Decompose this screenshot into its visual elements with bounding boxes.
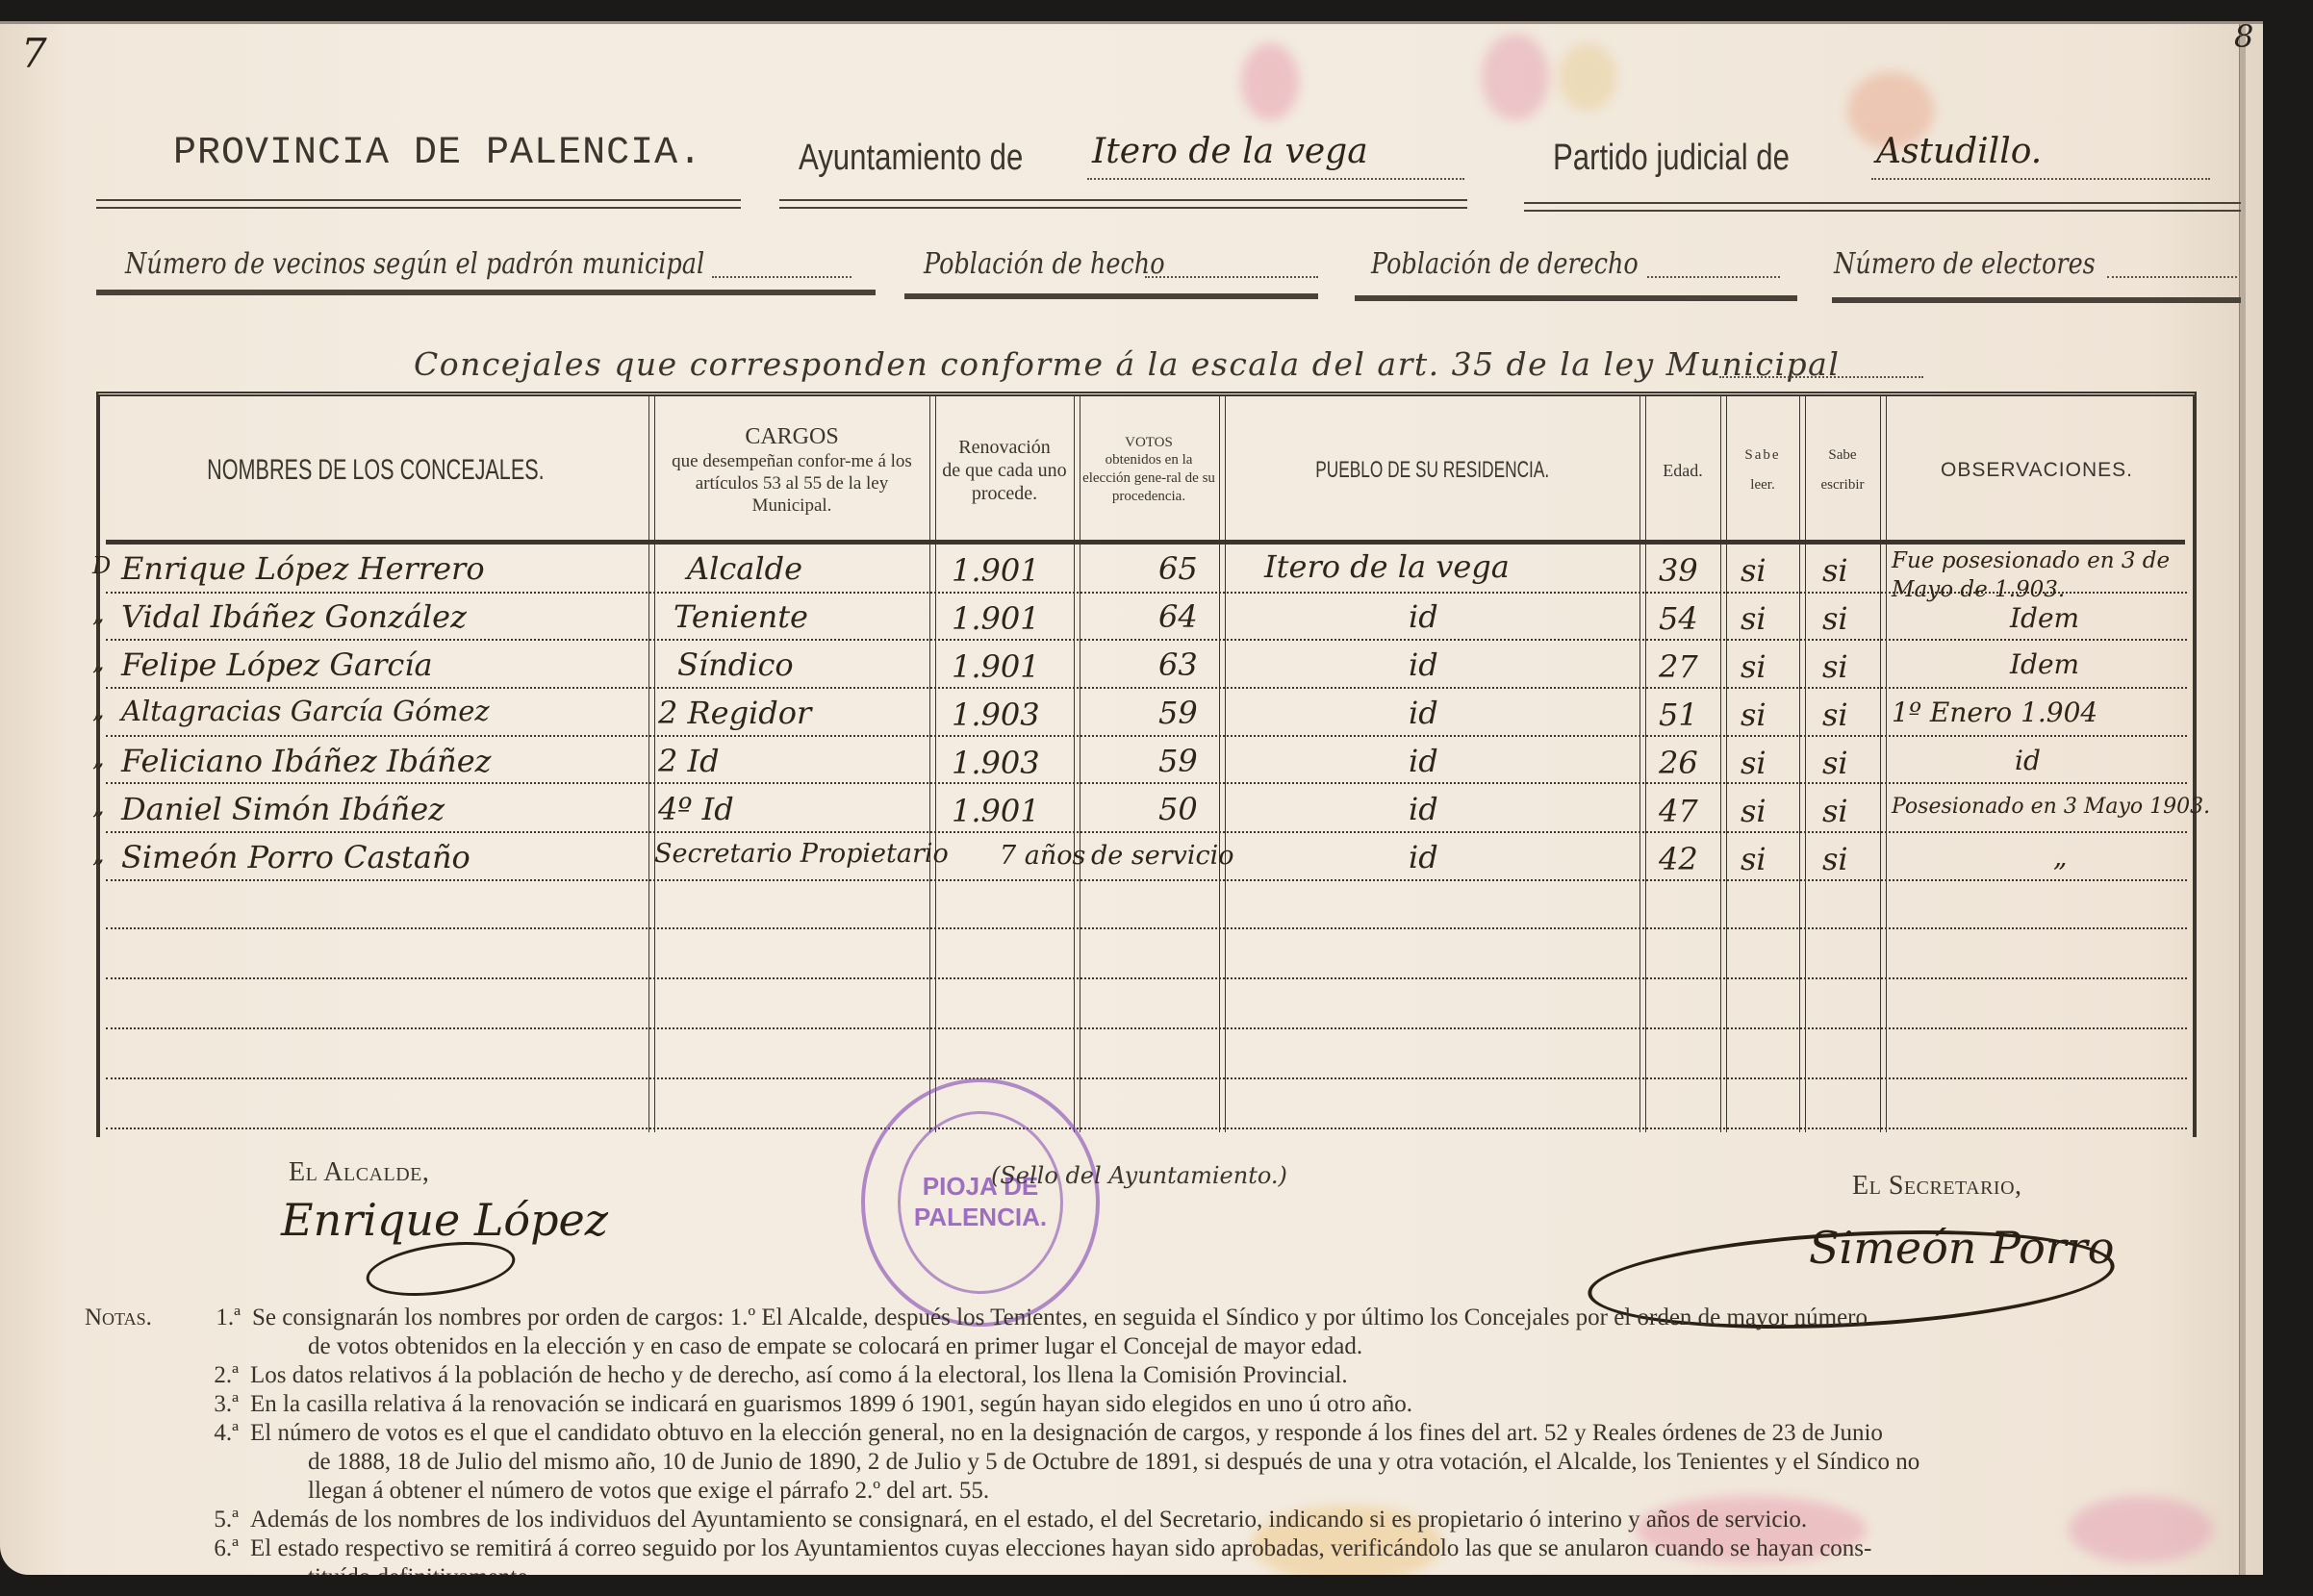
header-title: VOTOS [1125,435,1173,451]
cell-nombre[interactable]: Daniel Simón Ibáñez [121,791,445,827]
cell-cargo[interactable]: Síndico [677,646,794,683]
note-text: En la casilla relativa á la renovación s… [250,1390,2259,1419]
col-header-sabe-leer: Sabe leer. [1728,408,1797,533]
cell-observaciones[interactable]: Idem [2010,602,2079,634]
cell-votos[interactable]: 59 [1158,695,1198,731]
col-header-votos: VOTOS obtenidos en la elección gene-ral … [1081,408,1216,533]
cell-prefix: „ [92,745,104,772]
page-number-right: 8 [2234,21,2253,55]
ayuntamiento-fill-line [1087,178,1464,180]
cell-votos[interactable]: 59 [1158,743,1198,779]
note-text: Además de los nombres de los individuos … [250,1506,2259,1534]
column-divider [1074,396,1080,1132]
cell-cargo[interactable]: Teniente [674,598,808,635]
cell-votos[interactable]: de servicio [1091,841,1234,871]
cell-votos[interactable]: 50 [1158,791,1198,827]
cell-renovacion[interactable]: 1.903 [952,697,1040,733]
cell-edad[interactable]: 51 [1659,697,1698,733]
row-rule [106,927,2187,929]
note-continuation: de votos obtenidos en la elección y en c… [85,1332,2259,1361]
cell-edad[interactable]: 39 [1659,552,1698,589]
row-rule [106,1127,2187,1129]
col-header-cargos: CARGOS que desempeñan confor-me á los ar… [656,408,928,533]
cell-nombre[interactable]: Felipe López García [121,646,433,683]
alcalde-signature: Enrique López [281,1194,608,1246]
header-subtitle: de que cada uno procede. [937,459,1072,505]
column-divider [1639,396,1646,1132]
document-page: 7 8 PROVINCIA DE PALENCIA. Ayuntamiento … [0,21,2263,1575]
cell-edad[interactable]: 42 [1659,841,1698,877]
stain [1482,34,1549,120]
cell-pueblo[interactable]: id [1409,743,1438,779]
row-rule [106,639,2187,641]
cell-votos[interactable]: 64 [1158,598,1198,635]
partido-label: Partido judicial de [1553,138,1790,179]
alcalde-label: El Alcalde, [289,1157,429,1188]
cell-cargo[interactable]: Alcalde [687,550,802,587]
header-subtitle: obtenidos en la elección gene-ral de su … [1081,451,1216,506]
cell-sabe-leer[interactable]: si [1741,648,1767,685]
header-subtitle: que desempeñan confor-me á los artículos… [656,450,928,517]
row-rule [106,735,2187,737]
header-title: Renovación [958,437,1051,459]
electores-field[interactable] [2107,276,2237,278]
census-rule [904,293,1318,299]
column-divider [1880,396,1887,1132]
census-rule [96,290,876,295]
column-divider [1219,396,1226,1132]
cell-sabe-escribir[interactable]: si [1822,841,1848,877]
cell-sabe-leer[interactable]: si [1741,745,1767,781]
concejales-fill-line[interactable] [1719,376,1923,378]
ayuntamiento-label: Ayuntamiento de [799,138,1023,179]
poblacion-hecho-field[interactable] [1145,276,1318,278]
note-continuation: llegan á obtener el número de votos que … [85,1477,2259,1506]
row-rule [106,1027,2187,1029]
ayuntamiento-value[interactable]: Itero de la vega [1092,132,1368,171]
cell-sabe-escribir[interactable]: si [1822,697,1848,733]
cell-renovacion[interactable]: 1.901 [952,600,1040,637]
cell-cargo[interactable]: 4º Id [658,791,734,827]
note-number: 2.ª [171,1361,250,1390]
cell-sabe-leer[interactable]: si [1741,841,1767,877]
column-divider [1720,396,1727,1132]
cell-renovacion[interactable]: 1.901 [952,648,1040,685]
note-continuation: de 1888, 18 de Julio del mismo año, 10 d… [85,1448,2259,1477]
column-divider [648,396,655,1132]
poblacion-hecho-label: Población de hecho [924,247,1165,281]
header-rule [1524,202,2241,212]
cell-edad[interactable]: 26 [1659,745,1698,781]
cell-sabe-leer[interactable]: si [1741,697,1767,733]
col-header-sabe-escribir: Sabe escribir [1807,408,1878,533]
note-number: 1.ª [171,1304,252,1332]
cell-sabe-leer[interactable]: si [1741,552,1767,589]
cell-pueblo[interactable]: id [1409,646,1438,683]
note-item: 5.ª Además de los nombres de los individ… [85,1506,2259,1534]
notes-section: Notas. 1.ª Se consignarán los nombres po… [85,1304,2259,1575]
note-number: 3.ª [171,1390,250,1419]
vecinos-field[interactable] [712,276,851,278]
header-title: Sabe [1828,447,1856,464]
cell-renovacion[interactable]: 7 años [1000,841,1085,871]
header-title: CARGOS [745,424,838,450]
stain [1559,43,1616,111]
cell-prefix: „ [92,600,104,627]
cell-renovacion[interactable]: 1.903 [952,745,1040,781]
partido-value[interactable]: Astudillo. [1876,132,2042,171]
cell-pueblo[interactable]: id [1409,839,1438,875]
province-title: PROVINCIA DE PALENCIA. [173,132,702,175]
vecinos-label: Número de vecinos según el padrón munici… [125,247,704,281]
notes-lead: Notas. [85,1304,171,1332]
cell-observaciones[interactable]: 1º Enero 1.904 [1892,697,2097,728]
cell-observaciones[interactable]: Fue posesionado en 3 de Mayo de 1.903. [1892,546,2180,604]
cell-edad[interactable]: 54 [1659,600,1698,637]
cell-votos[interactable]: 65 [1158,550,1198,587]
cell-prefix: „ [92,841,104,868]
cell-edad[interactable]: 47 [1659,793,1698,829]
row-rule [106,592,2187,594]
concejales-table: NOMBRES DE LOS CONCEJALES. CARGOS que de… [96,392,2197,1137]
cell-pueblo[interactable]: id [1409,695,1438,731]
header-title: Edad. [1663,461,1702,481]
cell-votos[interactable]: 63 [1158,646,1198,683]
cell-cargo[interactable]: Secretario Propietario [654,839,949,869]
col-header-nombres: NOMBRES DE LOS CONCEJALES. [106,408,645,533]
note-number: 5.ª [171,1506,250,1534]
cell-pueblo[interactable]: id [1409,598,1438,635]
row-rule [106,687,2187,689]
col-header-renovacion: Renovación de que cada uno procede. [937,408,1072,533]
census-rule [1832,297,2241,303]
secretario-label: El Secretario, [1852,1171,2022,1202]
col-header-pueblo: PUEBLO DE SU RESIDENCIA. [1227,408,1638,533]
note-item: 4.ª El número de votos es el que el cand… [85,1419,2259,1448]
cell-renovacion[interactable]: 1.901 [952,793,1040,829]
row-rule [106,879,2187,881]
header-title: Sabe [1744,447,1780,464]
note-text: Se consignarán los nombres por orden de … [252,1304,2259,1332]
cell-observaciones[interactable]: Posesionado en 3 Mayo 1903. [1892,795,2210,819]
header-rule [779,199,1467,209]
page-number-left: 7 [21,30,47,77]
partido-fill-line [1871,178,2210,180]
note-number: 6.ª [171,1534,250,1563]
cell-sabe-leer[interactable]: si [1741,793,1767,829]
poblacion-derecho-label: Población de derecho [1371,247,1639,281]
cell-cargo[interactable]: 2 Id [658,743,720,779]
col-header-edad: Edad. [1647,408,1718,533]
cell-sabe-escribir[interactable]: si [1822,793,1848,829]
stain [1241,43,1299,120]
col-header-observaciones: OBSERVACIONES. [1888,408,2186,533]
header-separator [106,540,2185,545]
cell-edad[interactable]: 27 [1659,648,1698,685]
cell-sabe-escribir[interactable]: si [1822,745,1848,781]
cell-observaciones[interactable]: „ [2053,841,2068,873]
cell-prefix: „ [92,648,104,675]
column-divider [929,396,936,1132]
electores-label: Número de electores [1834,247,2096,281]
row-rule [106,831,2187,833]
cell-cargo[interactable]: 2 Regidor [658,695,811,731]
note-number: 4.ª [171,1419,250,1448]
concejales-heading: Concejales que corresponden conforme á l… [414,345,1840,383]
header-rule [96,199,741,209]
cell-observaciones[interactable]: id [2015,745,2041,776]
cell-nombre[interactable]: Simeón Porro Castaño [121,839,470,875]
note-item: Notas. 1.ª Se consignarán los nombres po… [85,1304,2259,1332]
cell-nombre[interactable]: Vidal Ibáñez González [121,598,467,635]
census-rule [1355,295,1797,301]
cell-sabe-leer[interactable]: si [1741,600,1767,637]
note-text: El estado respectivo se remitirá á corre… [250,1534,2259,1563]
note-item: 3.ª En la casilla relativa á la renovaci… [85,1390,2259,1419]
cell-sabe-escribir[interactable]: si [1822,600,1848,637]
row-rule [106,977,2187,979]
ayuntamiento-seal: PIOJA DE PALENCIA. [861,1078,1100,1327]
note-item: 6.ª El estado respectivo se remitirá á c… [85,1534,2259,1563]
note-continuation: tituído definitivamente. [85,1563,2259,1575]
cell-pueblo[interactable]: Itero de la vega [1264,548,1510,585]
cell-nombre[interactable]: Altagracias García Gómez [121,695,490,727]
cell-prefix: „ [92,793,104,820]
header-title: NOMBRES DE LOS CONCEJALES. [207,454,544,487]
cell-prefix: D [92,552,111,579]
cell-prefix: „ [92,697,104,723]
cell-pueblo[interactable]: id [1409,791,1438,827]
row-rule [106,1077,2187,1079]
header-title: PUEBLO DE SU RESIDENCIA. [1315,457,1549,484]
cell-observaciones[interactable]: Idem [2010,648,2079,680]
header-subtitle: escribir [1821,477,1865,494]
seal-caption: (Sello del Ayuntamiento.) [991,1162,1287,1189]
cell-nombre[interactable]: Enrique López Herrero [121,550,485,587]
cell-sabe-escribir[interactable]: si [1822,648,1848,685]
row-rule [106,782,2187,784]
note-text: El número de votos es el que el candidat… [250,1419,2259,1448]
note-text: Los datos relativos á la población de he… [250,1361,2259,1390]
poblacion-derecho-field[interactable] [1647,276,1780,278]
cell-renovacion[interactable]: 1.901 [952,552,1040,589]
header-subtitle: leer. [1750,477,1774,494]
cell-sabe-escribir[interactable]: si [1822,552,1848,589]
cell-nombre[interactable]: Feliciano Ibáñez Ibáñez [121,743,492,779]
header-title: OBSERVACIONES. [1941,459,2133,482]
note-item: 2.ª Los datos relativos á la población d… [85,1361,2259,1390]
column-divider [1799,396,1806,1132]
